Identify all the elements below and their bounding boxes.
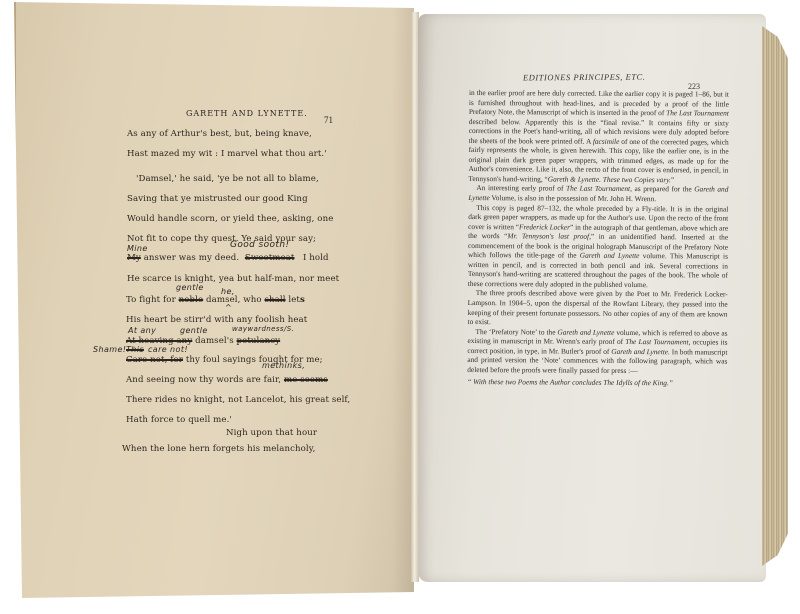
open-book: GARETH AND LYNETTE. 71 As any of Arthur'… <box>0 0 800 614</box>
struck-word: petulancy <box>237 336 281 346</box>
verse-line-corrected: My answer was my deed. Sweetmeat I hold <box>127 253 329 263</box>
verse-line-corrected: And seeing now thy words are fair, me se… <box>126 375 328 385</box>
struck-word: Care not, for <box>126 355 183 365</box>
verse-line: 'Damsel,' he said, 'ye be not all to bla… <box>136 174 319 184</box>
verse-line: His heart be stirr'd with any foolish he… <box>126 315 307 325</box>
verse-line: There rides no knight, not Lancelot, his… <box>126 395 350 405</box>
handwritten-note: Good sooth! <box>230 240 290 250</box>
closing-quote: “ With these two Poems the Author conclu… <box>467 377 727 388</box>
page-number-left: 71 <box>324 115 333 125</box>
verse-line: Would handle scorn, or yield thee, askin… <box>127 214 333 224</box>
handwritten-note: methinks, <box>262 361 305 370</box>
prose-body: in the earlier proof are here duly corre… <box>467 88 729 389</box>
paragraph: The three proofs described above were gi… <box>468 288 728 328</box>
verse-line: Saving that ye mistrusted our good King <box>127 194 308 204</box>
handwritten-note: he, <box>221 287 235 296</box>
handwritten-note: gentle <box>176 283 204 292</box>
handwritten-note: gentle <box>180 326 208 335</box>
running-head-right: EDITIONES PRINCIPES, ETC. <box>523 73 646 83</box>
struck-word: me seems <box>284 375 328 385</box>
handwritten-note: waywardness/S. <box>232 325 294 333</box>
paragraph: in the earlier proof are here duly corre… <box>468 88 729 185</box>
struck-word: shall <box>264 295 285 305</box>
struck-word: noble <box>179 295 204 305</box>
verse-line: He scarce is knight, yea but half-man, n… <box>127 274 339 284</box>
handwritten-note: At any <box>128 326 156 335</box>
struck-word: My <box>127 253 141 263</box>
verse-line: When the lone hern forgets his melanchol… <box>122 444 315 454</box>
paragraph: An interesting early proof of The Last T… <box>468 183 728 204</box>
struck-word: Sweetmeat <box>245 253 295 263</box>
verse-line: Nigh upon that hour <box>226 428 317 438</box>
caret-mark: ^ <box>225 303 232 312</box>
handwritten-note: Mine <box>127 244 148 253</box>
handwritten-note: This <box>126 345 144 354</box>
page-edges <box>762 26 788 566</box>
paragraph: The ‘Prefatory Note’ to the Gareth and L… <box>467 327 727 376</box>
running-head-left: GARETH AND LYNETTE. <box>186 109 308 118</box>
handwritten-note: Shame! <box>93 345 126 354</box>
handwritten-note: care not! <box>148 345 188 354</box>
verse-line: Hath force to quell me.' <box>126 415 232 425</box>
verse-line-corrected: To fight for noble damsel, who shall let… <box>126 295 305 305</box>
verse-line: As any of Arthur's best, but, being knav… <box>127 129 312 139</box>
paragraph: This copy is paged 87–132, the whole pre… <box>468 203 729 291</box>
verse-line: Hast mazed my wit : I marvel what thou a… <box>127 149 327 159</box>
